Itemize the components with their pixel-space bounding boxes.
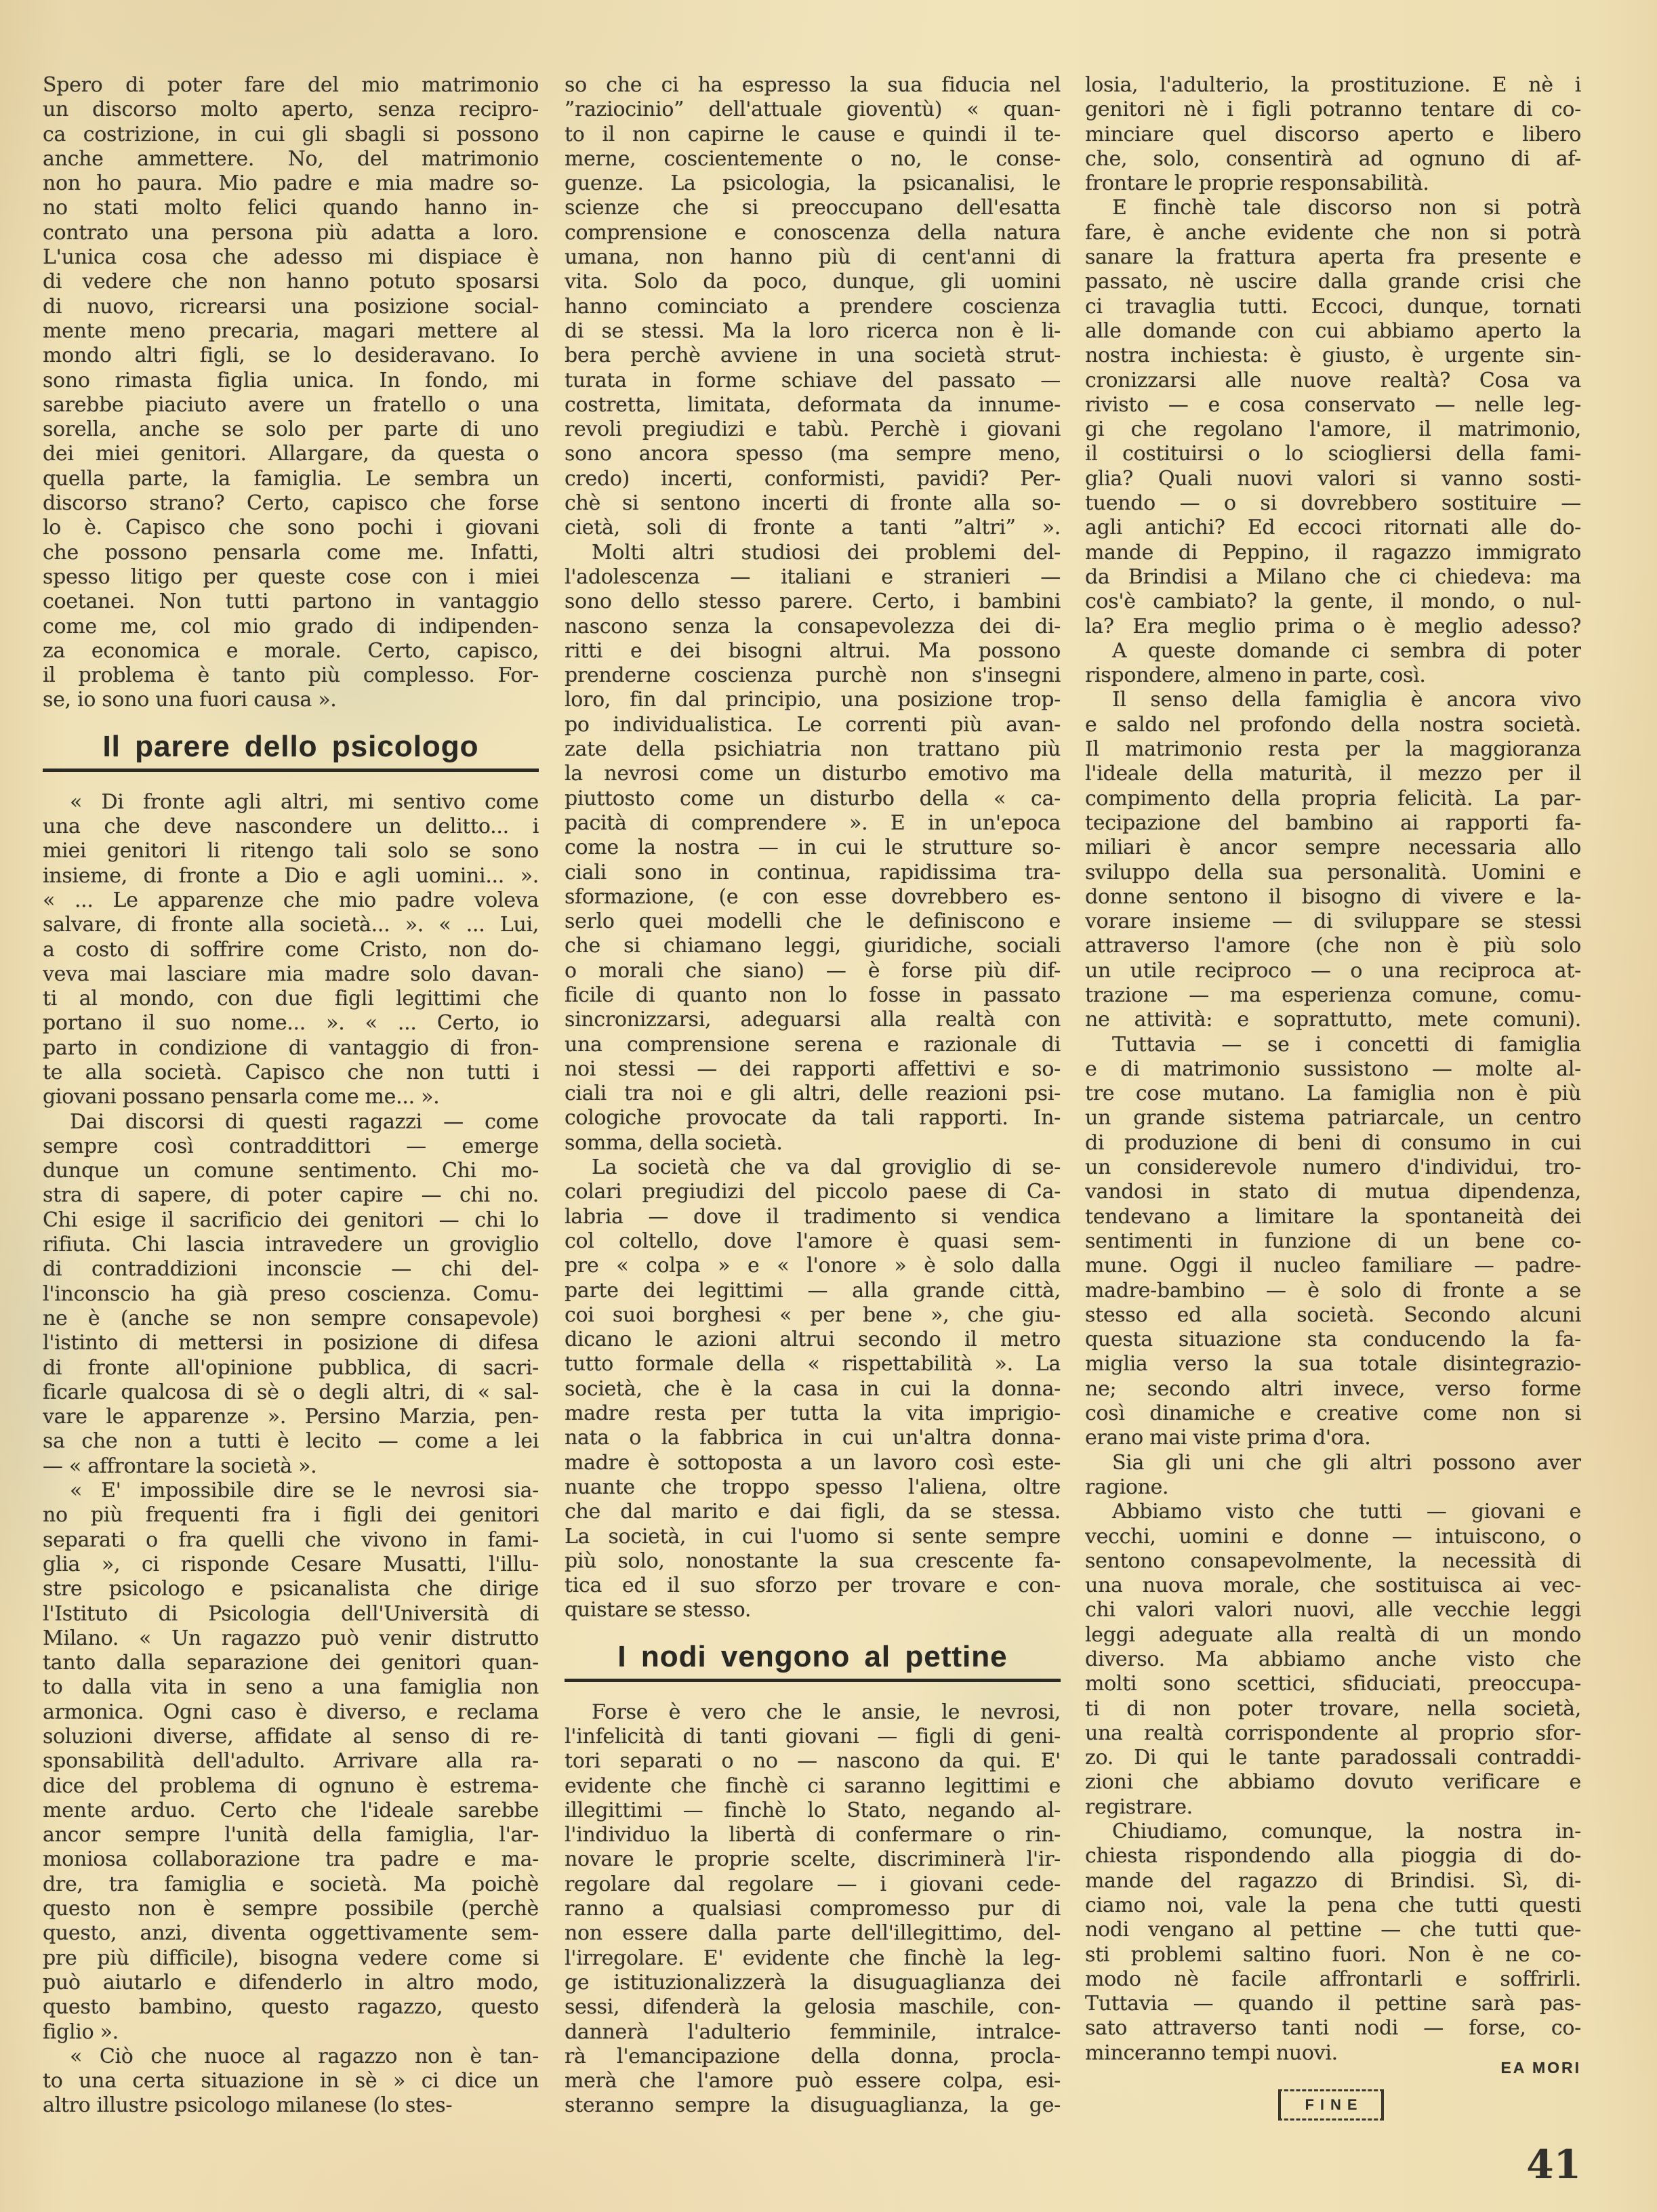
text-line: Milano. « Un ragazzo può venir distrutto [43, 1626, 539, 1651]
text-line: steranno sempre la disuguaglianza, la ge… [565, 2093, 1061, 2118]
text-line: prenderne coscienza purchè non s'insegni [565, 663, 1061, 688]
text-line: zo. Di qui le tante paradossali contradd… [1085, 1746, 1581, 1770]
text-line: noi stessi — dei rapporti affettivi e so… [565, 1057, 1061, 1082]
text-line: L'unica cosa che adesso mi dispiace è [43, 245, 539, 270]
text-line: La società che va dal groviglio di se- [565, 1155, 1061, 1180]
text-line: e di matrimonio sussistono — molte al- [1085, 1057, 1581, 1082]
text-line: un considerevole numero d'individui, tro… [1085, 1155, 1581, 1180]
text-line: trazione — ma esperienza comune, comu- [1085, 983, 1581, 1008]
text-line: merà che l'amore può essere colpa, esi- [565, 2069, 1061, 2093]
text-line: evidente che finchè ci saranno legittimi… [565, 1774, 1061, 1799]
text-line: ge istituzionalizzerà la disuguaglianza … [565, 1971, 1061, 1995]
text-line: una realtà corrispondente al proprio sfo… [1085, 1721, 1581, 1746]
text-line: registrare. [1085, 1795, 1581, 1820]
paragraph: Spero di poter fare del mio matrimonioun… [43, 73, 539, 713]
text-line: questo bambino, questo ragazzo, questo [43, 1995, 539, 2020]
text-line: diverso. Ma abbiamo anche visto che [1085, 1647, 1581, 1672]
text-line: nodi vengano al pettine — che tutti que- [1085, 1918, 1581, 1942]
text-line: società, che è la casa in cui la donna- [565, 1377, 1061, 1401]
text-line: di produzione di beni di consumo in cui [1085, 1131, 1581, 1155]
text-line: parte dei legittimi — alla grande città, [565, 1279, 1061, 1303]
paragraph: E finchè tale discorso non si potràfare,… [1085, 196, 1581, 638]
text-line: illegittimi — finchè lo Stato, negando a… [565, 1799, 1061, 1823]
text-line: di se stessi. Ma la loro ricerca non è l… [565, 319, 1061, 344]
text-line: mente arduo. Certo che l'ideale sarebbe [43, 1799, 539, 1823]
text-line: l'infelicità di tanti giovani — figli di… [565, 1725, 1061, 1749]
text-line: sorella, anche se solo per parte di uno [43, 417, 539, 442]
text-line: madre resta per tutta la vita imprigio- [565, 1401, 1061, 1426]
text-line: altro illustre psicologo milanese (lo st… [43, 2093, 539, 2118]
paragraph: « E' impossibile dire se le nevrosi sia-… [43, 1479, 539, 2045]
text-line: da Brindisi a Milano che ci chiedeva: ma [1085, 565, 1581, 590]
text-line: ti di non poter trovare, nella società, [1085, 1697, 1581, 1721]
text-line: ancor sempre l'unità della famiglia, l'a… [43, 1823, 539, 1847]
text-line: te alla società. Capisco che non tutti i [43, 1061, 539, 1085]
text-line: Chiudiamo, comunque, la nostra in- [1085, 1820, 1581, 1844]
text-line: genitori nè i figli potranno tentare di … [1085, 98, 1581, 122]
text-line: figlio ». [43, 2020, 539, 2045]
text-line: passato, nè uscire dalla grande crisi ch… [1085, 270, 1581, 294]
text-line: so che ci ha espresso la sua fiducia nel [565, 73, 1061, 98]
text-line: tutto formale della « rispettabilità ». … [565, 1352, 1061, 1376]
text-line: bera perchè avviene in una società strut… [565, 344, 1061, 368]
text-line: ci travaglia tutti. Eccoci, dunque, torn… [1085, 295, 1581, 319]
text-line: Dai discorsi di questi ragazzi — come [43, 1110, 539, 1134]
text-line: sformazione, (e con esse dovrebbero es- [565, 885, 1061, 909]
text-line: chiesta rispondendo alla pioggia di do- [1085, 1844, 1581, 1868]
text-line: più solo, nonostante la sua crescente fa… [565, 1549, 1061, 1574]
text-line: po individualistica. Le correnti più ava… [565, 713, 1061, 737]
text-line: o morali che siano) — è forse più dif- [565, 959, 1061, 983]
text-line: ca costrizione, in cui gli sbagli si pos… [43, 123, 539, 147]
text-line: come la nostra — in cui le strutture so- [565, 836, 1061, 860]
page-number: 41 [1517, 2142, 1581, 2188]
text-line: losia, l'adulterio, la prostituzione. E … [1085, 73, 1581, 98]
text-line: « Ciò che nuoce al ragazzo non è tan- [43, 2045, 539, 2069]
text-line: rispondere, almeno in parte, così. [1085, 663, 1581, 688]
paragraph: Chiudiamo, comunque, la nostra in-chiest… [1085, 1820, 1581, 2066]
text-line: to il non capirne le cause e quindi il t… [565, 123, 1061, 147]
text-line: « ... Le apparenze che mio padre voleva [43, 888, 539, 913]
text-line: attraverso l'amore (che non è più solo [1085, 934, 1581, 958]
text-line: to una certa situazione in sè » ci dice … [43, 2069, 539, 2093]
text-line: guenze. La psicologia, la psicanalisi, l… [565, 171, 1061, 196]
text-line: questo, anzi, diventa oggettivamente sem… [43, 1921, 539, 1946]
text-line: cietà, soli di fronte a tanti ”altri” ». [565, 516, 1061, 540]
text-line: dice del problema di ognuno è estrema- [43, 1774, 539, 1799]
text-line: ne; secondo altri invece, verso forme [1085, 1377, 1581, 1401]
text-line: tica ed il suo sforzo per trovare e con- [565, 1574, 1061, 1598]
text-line: tori separati o no — nascono da qui. E' [565, 1749, 1061, 1774]
text-line: regolare dal regolare — i giovani cede- [565, 1872, 1061, 1897]
text-line: cronizzarsi alle nuove realtà? Cosa va [1085, 369, 1581, 393]
text-line: molti sono scettici, sfiduciati, preoccu… [1085, 1672, 1581, 1696]
text-line: una nuova morale, che sostituisca ai vec… [1085, 1574, 1581, 1598]
text-line: sincronizzarsi, adeguarsi alla realtà co… [565, 1008, 1061, 1032]
text-line: Abbiamo visto che tutti — giovani e [1085, 1500, 1581, 1524]
text-line: soluzioni diverse, affidate al senso di … [43, 1725, 539, 1749]
text-line: salvare, di fronte alla società... ». « … [43, 913, 539, 937]
text-line: sessi, difenderà la gelosia maschile, co… [565, 1995, 1061, 2020]
text-line: zioni che abbiamo dovuto verificare e [1085, 1770, 1581, 1795]
text-line: pre più difficile), bisogna vedere come … [43, 1946, 539, 1971]
text-line: frontare le proprie responsabilità. [1085, 171, 1581, 196]
text-line: novare le proprie scelte, discriminerà l… [565, 1847, 1061, 1872]
section-heading-block: I nodi vengono al pettine [565, 1623, 1061, 1700]
text-line: tre cose mutano. La famiglia non è più [1085, 1082, 1581, 1106]
text-line: giovani possano pensarla come me... ». [43, 1085, 539, 1109]
text-line: non essere dalla parte dell'illegittimo,… [565, 1921, 1061, 1946]
text-line: vare le apparenze ». Persino Marzia, pen… [43, 1405, 539, 1429]
text-line: l'Istituto di Psicologia dell'Università… [43, 1602, 539, 1626]
text-line: pacità di comprendere ». E in un'epoca [565, 811, 1061, 836]
text-line: serlo quei modelli che le definiscono e [565, 909, 1061, 934]
text-line: di contraddizioni inconscie — chi del- [43, 1257, 539, 1282]
text-line: l'inconscio ha già preso coscienza. Comu… [43, 1282, 539, 1307]
text-line: ti al mondo, con due figli legittimi che [43, 987, 539, 1011]
text-line: dicano le azioni altrui secondo il metro [565, 1328, 1061, 1352]
text-line: ne è (anche se non sempre consapevole) [43, 1307, 539, 1331]
text-line: zate della psichiatria non trattano più [565, 737, 1061, 762]
text-line: sempre così contraddittori — emerge [43, 1134, 539, 1159]
text-line: piuttosto come un disturbo della « ca- [565, 787, 1061, 811]
text-line: una che deve nascondere un delitto... i [43, 815, 539, 839]
text-line: di nuovo, ricrearsi una posizione social… [43, 295, 539, 319]
text-line: sponsabilità dell'adulto. Arrivare alla … [43, 1749, 539, 1774]
text-line: leggi adeguate alla realtà di un mondo [1085, 1623, 1581, 1647]
text-line: nata o la fabbrica in cui un'altra donna… [565, 1426, 1061, 1450]
text-line: ragione. [1085, 1475, 1581, 1500]
text-line: contrato una persona più adatta a loro. [43, 221, 539, 245]
text-line: separati o fra quelli che vivono in fami… [43, 1528, 539, 1553]
text-line: turata in forme schiave del passato — [565, 369, 1061, 393]
text-line: modo nè facile affrontarli e soffrirli. [1085, 1967, 1581, 1992]
text-line: mune. Oggi il nucleo familiare — padre- [1085, 1254, 1581, 1278]
text-line: E finchè tale discorso non si potrà [1085, 196, 1581, 220]
text-line: gi che regolano l'amore, il matrimonio, [1085, 417, 1581, 442]
text-line: l'irregolare. E' evidente che finchè la … [565, 1946, 1061, 1971]
text-line: veva mai lasciare mia madre solo davan- [43, 962, 539, 987]
text-line: vandosi in stato di mutua dipendenza, [1085, 1180, 1581, 1204]
text-line: credo) incerti, conformisti, pavidi? Per… [565, 467, 1061, 491]
text-line: loro, fin dal principio, una posizione t… [565, 688, 1061, 712]
text-line: di fronte all'opinione pubblica, di sacr… [43, 1356, 539, 1380]
text-line: agli antichi? Ed eccoci ritornati alle d… [1085, 516, 1581, 540]
text-line: no più frequenti fra i figli dei genitor… [43, 1503, 539, 1528]
paragraph: Molti altri studiosi dei problemi del-l'… [565, 541, 1061, 1155]
paragraph: Forse è vero che le ansie, le nevrosi,l'… [565, 1700, 1061, 2118]
text-line: il costituirsi o lo sciogliersi della fa… [1085, 442, 1581, 466]
text-line: dei miei genitori. Allargare, da questa … [43, 442, 539, 466]
section-heading: Il parere dello psicologo [43, 729, 539, 764]
text-line: ficile di quanto non lo fosse in passato [565, 983, 1061, 1008]
text-line: ciali tra noi e gli altri, delle reazion… [565, 1082, 1061, 1106]
text-line: sentono consapevolmente, la necessità di [1085, 1549, 1581, 1574]
text-line: La società, in cui l'uomo si sente sempr… [565, 1525, 1061, 1549]
text-line: portano il suo nome... ». « ... Certo, i… [43, 1011, 539, 1036]
text-line: l'individuo la libertà di confermare o r… [565, 1823, 1061, 1847]
text-column: so che ci ha espresso la sua fiducia nel… [565, 73, 1061, 2118]
text-line: costretta, limitata, deformata da innume… [565, 393, 1061, 417]
text-line: col coltello, dove l'amore è quasi sem- [565, 1229, 1061, 1254]
text-line: Tuttavia — se i concetti di famiglia [1085, 1033, 1581, 1057]
text-line: sviluppo della sua personalità. Uomini e [1085, 861, 1581, 885]
text-line: compimento della propria felicità. La pa… [1085, 787, 1581, 811]
text-line: madre-bambino — è solo di fronte a se [1085, 1279, 1581, 1303]
text-line: Spero di poter fare del mio matrimonio [43, 73, 539, 98]
text-line: discorso strano? Certo, capisco che fors… [43, 491, 539, 516]
text-line: ciali sono in continua, rapidissima tra- [565, 861, 1061, 885]
text-line: A queste domande ci sembra di poter [1085, 639, 1581, 663]
text-line: mande del ragazzo di Brindisi. Sì, di- [1085, 1869, 1581, 1893]
text-line: la nevrosi come un disturbo emotivo ma [565, 762, 1061, 786]
paragraph: losia, l'adulterio, la prostituzione. E … [1085, 73, 1581, 196]
text-line: labria — dove il tradimento si vendica [565, 1205, 1061, 1229]
fine-box: FINE [1278, 2089, 1384, 2121]
text-line: sanare la frattura aperta fra presente e [1085, 245, 1581, 270]
text-line: cos'è cambiato? la gente, il mondo, o nu… [1085, 590, 1581, 614]
fine-label: FINE [1298, 2096, 1363, 2114]
text-line: questo non è sempre possibile (perchè [43, 1897, 539, 1921]
text-line: miliari è ancor sempre necessaria allo [1085, 836, 1581, 860]
text-line: armonica. Ogni caso è diverso, e reclama [43, 1700, 539, 1725]
text-line: Il senso della famiglia è ancora vivo [1085, 688, 1581, 712]
text-line: spesso litigo per queste cose con i miei [43, 565, 539, 590]
text-line: questa situazione sta conducendo la fa- [1085, 1328, 1581, 1352]
text-line: fare, è anche evidente che non si potrà [1085, 221, 1581, 245]
text-line: comprensione e conoscenza della natura [565, 221, 1061, 245]
section-heading: I nodi vengono al pettine [565, 1639, 1061, 1675]
text-line: l'istinto di mettersi in posizione di di… [43, 1331, 539, 1355]
text-line: ritti e dei bisogni altrui. Ma possono [565, 639, 1061, 663]
text-line: moniosa collaborazione tra padre e ma- [43, 1847, 539, 1872]
text-line: il problema è tanto più complesso. For- [43, 663, 539, 688]
text-line: miglia verso la sua totale disintegrazio… [1085, 1352, 1581, 1376]
text-line: che dal marito e dai figli, da se stessa… [565, 1500, 1061, 1524]
author-byline: EA MORI [1085, 2059, 1581, 2077]
text-line: no stati molto felici quando hanno in- [43, 196, 539, 220]
text-line: sono ancora spesso (ma sempre meno, [565, 442, 1061, 466]
text-line: ranno a qualsiasi compromesso pur di [565, 1897, 1061, 1921]
text-line: ciamo noi, vale la pena che tutti questi [1085, 1893, 1581, 1918]
text-line: di vedere che non hanno potuto sposarsi [43, 270, 539, 294]
text-line: se, io sono una fuori causa ». [43, 688, 539, 712]
text-line: anche ammettere. No, del matrimonio [43, 147, 539, 171]
text-line: coetanei. Non tutti partono in vantaggio [43, 590, 539, 614]
text-line: donne sentono il bisogno di vivere e la- [1085, 885, 1581, 909]
text-line: merne, coscientemente o no, le conse- [565, 147, 1061, 171]
text-line: « Di fronte agli altri, mi sentivo come [43, 790, 539, 815]
text-line: umana, non hanno più di cent'anni di [565, 245, 1061, 270]
text-line: stra di sapere, di poter capire — chi no… [43, 1183, 539, 1208]
text-line: sti problemi saltino fuori. Non è ne co- [1085, 1943, 1581, 1967]
text-line: colari pregiudizi del piccolo paese di C… [565, 1180, 1061, 1204]
text-line: che si chiamano leggi, giuridiche, socia… [565, 934, 1061, 958]
text-line: stesso ed alla società. Secondo alcuni [1085, 1303, 1581, 1328]
text-line: lo è. Capisco che sono pochi i giovani [43, 516, 539, 540]
paragraph: so che ci ha espresso la sua fiducia nel… [565, 73, 1061, 541]
text-line: quella parte, la famiglia. Le sembra un [43, 467, 539, 491]
text-line: alle domande con cui abbiamo aperto la [1085, 319, 1581, 344]
text-column: Spero di poter fare del mio matrimonioun… [43, 73, 539, 2118]
text-line: madre è sottoposta a un lavoro così este… [565, 1451, 1061, 1475]
text-line: sato attraverso tanti nodi — forse, co- [1085, 2016, 1581, 2041]
text-line: un grande sistema patriarcale, un centro [1085, 1106, 1581, 1130]
text-line: sono rimasta figlia unica. In fondo, mi [43, 369, 539, 393]
text-line: l'adolescenza — italiani e stranieri — [565, 565, 1061, 590]
text-line: chè si sentono incerti di fronte alla so… [565, 491, 1061, 516]
text-line: pre « colpa » e « l'onore » è solo dalla [565, 1254, 1061, 1278]
text-line: dunque un comune sentimento. Chi mo- [43, 1159, 539, 1183]
text-line: l'ideale della maturità, il mezzo per il [1085, 762, 1581, 786]
heading-rule [565, 1679, 1061, 1682]
text-line: to dalla vita in seno a una famiglia non [43, 1675, 539, 1700]
text-line: coi suoi borghesi « per bene », che giu- [565, 1303, 1061, 1328]
heading-rule [43, 769, 539, 772]
text-line: Chi esige il sacrificio dei genitori — c… [43, 1208, 539, 1233]
paragraph: Il senso della famiglia è ancora vivoe s… [1085, 688, 1581, 1032]
text-line: rà l'emancipazione della donna, procla- [565, 2045, 1061, 2069]
paragraph: « Di fronte agli altri, mi sentivo comeu… [43, 790, 539, 1110]
paragraph: La società che va dal groviglio di se-co… [565, 1155, 1061, 1623]
text-line: tuendo — o si dovrebbero sostituire — [1085, 491, 1581, 516]
text-line: Il matrimonio resta per la maggioranza [1085, 737, 1581, 762]
text-line: stre psicologo e psicanalista che dirige [43, 1577, 539, 1601]
text-line: parto in condizione di vantaggio di fron… [43, 1036, 539, 1061]
text-line: che, solo, consentirà ad ognuno di af- [1085, 147, 1581, 171]
text-line: vecchi, uomini e donne — intuiscono, o [1085, 1525, 1581, 1549]
text-line: hanno cominciato a prendere coscienza [565, 295, 1061, 319]
text-line: così dinamiche e creative come non si [1085, 1401, 1581, 1426]
text-line: tecipazione del bambino ai rapporti fa- [1085, 811, 1581, 836]
text-line: ”raziocinio” dell'attuale gioventù) « qu… [565, 98, 1061, 122]
text-line: nascono senza la consapevolezza dei di- [565, 615, 1061, 639]
text-line: rifiuta. Chi lascia intravedere un grovi… [43, 1233, 539, 1257]
text-line: può aiutarlo e difenderlo in altro modo, [43, 1971, 539, 1995]
text-line: sarebbe piaciuto avere un fratello o una [43, 393, 539, 417]
text-line: mande di Peppino, il ragazzo immigrato [1085, 541, 1581, 565]
text-line: un discorso molto aperto, senza recipro- [43, 98, 539, 122]
magazine-page: Spero di poter fare del mio matrimonioun… [0, 0, 1657, 2212]
text-line: minciare quel discorso aperto e libero [1085, 123, 1581, 147]
text-line: ne attività: e soprattutto, mete comuni)… [1085, 1008, 1581, 1032]
text-line: Forse è vero che le ansie, le nevrosi, [565, 1700, 1061, 1725]
paragraph: Tuttavia — se i concetti di famigliae di… [1085, 1033, 1581, 1451]
text-line: e saldo nel profondo della nostra societ… [1085, 713, 1581, 737]
text-line: non ho paura. Mio padre e mia madre so- [43, 171, 539, 196]
text-line: una comprensione serena e razionale di [565, 1033, 1061, 1057]
text-line: dannerà l'adulterio femminile, intralce- [565, 2020, 1061, 2045]
text-line: rivisto — e cosa conservato — nelle leg- [1085, 393, 1581, 417]
text-line: quistare se stesso. [565, 1598, 1061, 1622]
text-line: ficarle qualcosa di sè o degli altri, di… [43, 1380, 539, 1405]
paragraph: Abbiamo visto che tutti — giovani evecch… [1085, 1500, 1581, 1820]
text-line: glia? Quali nuovi valori si vanno sosti- [1085, 467, 1581, 491]
text-line: erano mai viste prima d'ora. [1085, 1426, 1581, 1450]
text-line: tendevano a limitare la spontaneità dei [1085, 1205, 1581, 1229]
text-line: insieme, di fronte a Dio e agli uomini..… [43, 864, 539, 888]
text-line: — « affrontare la società ». [43, 1454, 539, 1479]
text-line: glia », ci risponde Cesare Musatti, l'il… [43, 1553, 539, 1577]
text-line: la? Era meglio prima o è meglio adesso? [1085, 615, 1581, 639]
text-line: nostra inchiesta: è giusto, è urgente si… [1085, 344, 1581, 368]
text-line: dre, tra famiglia e società. Ma poichè [43, 1872, 539, 1897]
text-column: losia, l'adulterio, la prostituzione. E … [1085, 73, 1581, 2066]
text-line: vita. Solo da poco, dunque, gli uomini [565, 270, 1061, 294]
text-line: scienze che si preoccupano dell'esatta [565, 196, 1061, 220]
text-line: vorare insieme — di sviluppare se stessi [1085, 909, 1581, 934]
text-line: come me, col mio grado di indipenden- [43, 615, 539, 639]
paragraph: Sia gli uni che gli altri possono averra… [1085, 1451, 1581, 1500]
text-line: che possono pensarla come me. Infatti, [43, 541, 539, 565]
paragraph: A queste domande ci sembra di poterrispo… [1085, 639, 1581, 689]
text-line: chi valori valori nuovi, alle vecchie le… [1085, 1598, 1581, 1622]
section-heading-block: Il parere dello psicologo [43, 713, 539, 790]
text-line: a costo di soffrire come Cristo, non do- [43, 938, 539, 962]
text-line: tanto dalla separazione dei genitori qua… [43, 1651, 539, 1675]
text-line: miei genitori li ritengo tali solo se so… [43, 839, 539, 863]
text-line: nuante che troppo spesso l'aliena, oltre [565, 1475, 1061, 1500]
paragraph: Dai discorsi di questi ragazzi — comesem… [43, 1110, 539, 1479]
text-line: somma, della società. [565, 1131, 1061, 1155]
text-line: za economica e morale. Certo, capisco, [43, 639, 539, 663]
text-line: Molti altri studiosi dei problemi del- [565, 541, 1061, 565]
text-line: revoli pregiudizi e tabù. Perchè i giova… [565, 417, 1061, 442]
text-line: Sia gli uni che gli altri possono aver [1085, 1451, 1581, 1475]
text-line: sentimenti in funzione di un bene co- [1085, 1229, 1581, 1254]
text-line: cologiche provocate da tali rapporti. In… [565, 1106, 1061, 1130]
paragraph: « Ciò che nuoce al ragazzo non è tan-to … [43, 2045, 539, 2118]
text-line: mente meno precaria, magari mettere al [43, 319, 539, 344]
text-line: mondo altri figli, se lo desideravano. I… [43, 344, 539, 368]
text-line: un utile reciproco — o una reciproca at- [1085, 959, 1581, 983]
text-line: « E' impossibile dire se le nevrosi sia- [43, 1479, 539, 1503]
text-line: sono dello stesso parere. Certo, i bambi… [565, 590, 1061, 614]
text-line: sa che non a tutti è lecito — come a lei [43, 1429, 539, 1454]
text-line: Tuttavia — quando il pettine sarà pas- [1085, 1992, 1581, 2016]
